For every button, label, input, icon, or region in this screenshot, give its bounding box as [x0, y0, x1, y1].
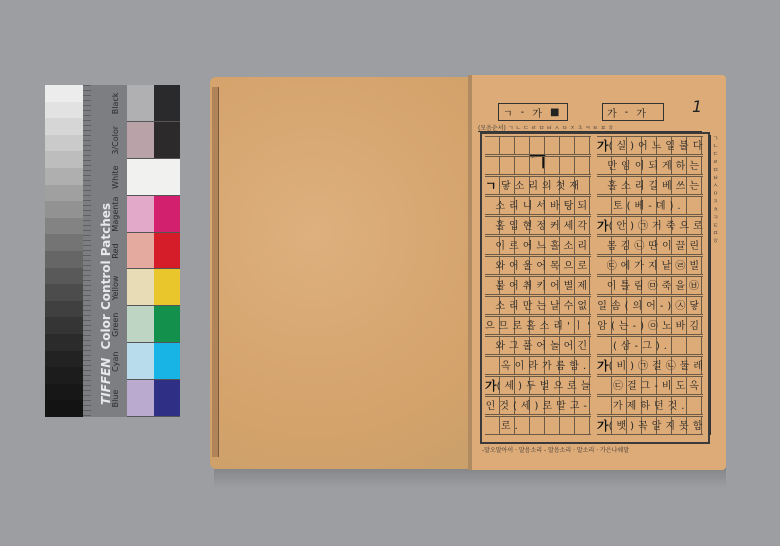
entry-mark: [597, 177, 607, 194]
patch-label: Green: [111, 306, 125, 343]
row-text: (실)어느일불다: [609, 137, 707, 154]
patch-label: 3/Color: [111, 122, 125, 159]
patch-blue-dark: [154, 380, 181, 417]
gray-step: [45, 268, 83, 285]
patch-label: Red: [111, 233, 125, 270]
ruler: TIFFEN Color Control Patches BlueCyanGre…: [83, 85, 127, 417]
text-row: 일솜(의어-)㉦닿: [597, 296, 703, 315]
patch-3color-dark: [154, 122, 181, 159]
text-row: [485, 136, 591, 155]
gray-step: [45, 367, 83, 384]
header-glyph: 가: [603, 105, 621, 120]
entry-mark: [485, 137, 501, 154]
row-text: 로.: [501, 417, 522, 434]
row-text: 으므로홀소리'ㅣ': [485, 317, 594, 334]
entry-mark: ㄱ: [485, 177, 501, 194]
row-text: 옥이라가름함.: [501, 357, 590, 374]
header-glyph: ㄱ: [499, 105, 517, 120]
text-row: 암(는-)㉧노바김: [597, 316, 703, 335]
page-number: 1: [692, 97, 702, 116]
entry-mark: 가: [597, 357, 609, 374]
header-right-box: 가-가: [602, 103, 664, 121]
text-row: 로.: [485, 416, 591, 435]
grayscale-strip: [45, 85, 83, 417]
gray-step: [45, 234, 83, 251]
text-row: 으므로홀소리'ㅣ': [485, 316, 591, 335]
row-text: 가제하던것.: [613, 397, 688, 414]
entry-mark: [485, 277, 495, 294]
entry-mark: [597, 197, 613, 214]
row-text: 소리니서바탕되: [495, 197, 591, 214]
row-text: ㉢에가지낱㉣빌: [607, 257, 703, 274]
column-right: 가(실)어느일불다만임이되게하는홀소리길베쓰는토(베-뎨).가(안)㉠거죽으로몸…: [597, 136, 703, 440]
header-left-box: ㄱ-가■: [498, 103, 568, 121]
gray-step: [45, 334, 83, 351]
patch-label: Blue: [111, 380, 125, 417]
open-book: ㄱ-가■ 가-가 1 (모음순서) ㄱ ㄴ ㄷ ㄹ ㅁ ㅂ ㅅ ㅇ ㅈ ㅊ ㅋ …: [210, 75, 726, 470]
gray-step: [45, 317, 83, 334]
row-text: (안)㉠거죽으로: [609, 217, 707, 234]
text-row: ㄱ닿소리의첫재: [485, 176, 591, 195]
text-row: ㉢에가지낱㉣빌: [597, 256, 703, 275]
text-row: 가(비)㉠걸㉡둘레: [597, 356, 703, 375]
header-glyph: ■: [546, 107, 563, 118]
row-text: 홀입현정커세각: [495, 217, 591, 234]
patch-red-dark: [154, 233, 181, 270]
right-page: ㄱ-가■ 가-가 1 (모음순서) ㄱ ㄴ ㄷ ㄹ ㅁ ㅂ ㅅ ㅇ ㅈ ㅊ ㅋ …: [472, 75, 726, 470]
gray-step: [45, 118, 83, 135]
row-text: (비)㉠걸㉡둘레: [609, 357, 707, 374]
patch-label: Black: [111, 85, 125, 122]
gray-step: [45, 168, 83, 185]
entry-mark: [597, 397, 613, 414]
row-text: (뱃)꼭알지못함: [609, 417, 707, 434]
text-row: 불어취키어별제: [485, 276, 591, 295]
cover-edge: [212, 87, 219, 457]
patch-label: White: [111, 159, 125, 196]
text-row: 와그풀어놀어긴: [485, 336, 591, 355]
entry-mark: [597, 237, 607, 254]
entry-mark: [485, 297, 495, 314]
gray-step: [45, 284, 83, 301]
text-row: 가제하던것.: [597, 396, 703, 415]
patch-label-row: BlueCyanGreenYellowRedMagentaWhite3/Colo…: [111, 85, 125, 417]
header-glyph: 가: [528, 105, 546, 120]
patch-cyan-light: [127, 343, 154, 380]
patch-green-dark: [154, 306, 181, 343]
color-patches: [127, 85, 180, 417]
patch-3color-light: [127, 122, 154, 159]
patch-black-light: [127, 85, 154, 122]
text-row: 가(뱃)꼭알지못함: [597, 416, 703, 435]
patch-magenta-light: [127, 196, 154, 233]
text-row: 홀소리길베쓰는: [597, 176, 703, 195]
gray-step: [45, 185, 83, 202]
entry-mark: [485, 357, 501, 374]
entry-mark: 가: [485, 377, 497, 394]
color-calibration-chart: TIFFEN Color Control Patches BlueCyanGre…: [45, 85, 180, 417]
text-row: [485, 156, 591, 175]
entry-mark: [597, 257, 607, 274]
entry-mark: [485, 337, 495, 354]
patch-label: Cyan: [111, 343, 125, 380]
patch-red-light: [127, 233, 154, 270]
text-frame: ㄱ ㄱ닿소리의첫재소리니서바탕되홀입현정커세각이르어느홀소리와어울어목으로불어취…: [480, 132, 710, 444]
text-row: 와어울어목으로: [485, 256, 591, 275]
entry-mark: 가: [597, 137, 609, 154]
entry-mark: [485, 157, 501, 174]
entry-mark: [597, 337, 613, 354]
text-row: 옥이라가름함.: [485, 356, 591, 375]
text-row: 몸김㉡딴이끌린: [597, 236, 703, 255]
patch-cyan-dark: [154, 343, 181, 380]
side-index: ㄱ ㄴ ㄷ ㄹ ㅁ ㅂ ㅅ ㅇ ㅈ ㅊ ㅋ ㅌ ㅍ ㅎ: [710, 135, 719, 435]
row-text: 불어취키어별제: [495, 277, 591, 294]
header-glyph: 가: [632, 105, 650, 120]
gray-step: [45, 384, 83, 401]
gray-step: [45, 218, 83, 235]
patch-yellow-light: [127, 269, 154, 306]
patch-label: Yellow: [111, 269, 125, 306]
row-text: 일솜(의어-)㉦닿: [597, 297, 703, 314]
entry-mark: 가: [597, 217, 609, 234]
gray-step: [45, 301, 83, 318]
entry-mark: [485, 257, 495, 274]
row-text: 닿소리의첫재: [501, 177, 583, 194]
text-row: 만임이되게하는: [597, 156, 703, 175]
text-row: 소리만는날수없: [485, 296, 591, 315]
left-page: [210, 77, 470, 469]
patch-black-dark: [154, 85, 181, 122]
row-text: 암(는-)㉧노바김: [597, 317, 703, 334]
gray-step: [45, 102, 83, 119]
text-row: 이르어느홀소리: [485, 236, 591, 255]
row-text: ㉢걸그-비도옥: [613, 377, 703, 394]
row-text: 몸김㉡딴이끌린: [607, 237, 703, 254]
row-text: 만임이되게하는: [607, 157, 703, 174]
row-text: 토(베-뎨).: [613, 197, 685, 214]
row-text: 이틀림㉤죽을㉥: [607, 277, 703, 294]
patch-white: [127, 159, 180, 196]
patch-blue-light: [127, 380, 154, 417]
row-text: (세)두벌으로늘: [497, 377, 595, 394]
entry-mark: [485, 217, 495, 234]
text-row: 가(세)두벌으로늘: [485, 376, 591, 395]
patch-label: Magenta: [111, 196, 125, 233]
gray-step: [45, 251, 83, 268]
header-glyph: -: [621, 107, 633, 118]
entry-mark: [485, 197, 495, 214]
header-glyph: -: [517, 107, 529, 118]
row-text: 이르어느홀소리: [495, 237, 591, 254]
text-row: 가(안)㉠거죽으로: [597, 216, 703, 235]
patch-green-light: [127, 306, 154, 343]
gray-step: [45, 151, 83, 168]
row-text: 인것(세)로말고-: [486, 397, 591, 414]
entry-mark: [597, 277, 607, 294]
entry-mark: [485, 417, 501, 434]
entry-mark: [485, 237, 495, 254]
row-text: 와그풀어놀어긴: [495, 337, 591, 354]
column-left: ㄱ ㄱ닿소리의첫재소리니서바탕되홀입현정커세각이르어느홀소리와어울어목으로불어취…: [485, 136, 591, 440]
row-text: 와어울어목으로: [495, 257, 591, 274]
index-line: (모음순서) ㄱ ㄴ ㄷ ㄹ ㅁ ㅂ ㅅ ㅇ ㅈ ㅊ ㅋ ㅌ ㅍ ㅎ: [478, 123, 702, 132]
entry-mark: [597, 377, 613, 394]
text-row: 인것(세)로말고-: [485, 396, 591, 415]
text-row: (삼-그).: [597, 336, 703, 355]
gray-step: [45, 135, 83, 152]
entry-mark: [597, 157, 607, 174]
patch-yellow-dark: [154, 269, 181, 306]
row-text: 홀소리길베쓰는: [607, 177, 703, 194]
gray-step: [45, 400, 83, 417]
page-footer: -말오말아이 · 말음소리 - 말음소리 · 말소리 · 가은나쉐말: [482, 445, 712, 454]
text-row: 토(베-뎨).: [597, 196, 703, 215]
gray-step: [45, 201, 83, 218]
text-row: 소리니서바탕되: [485, 196, 591, 215]
row-text: (삼-그).: [613, 337, 671, 354]
patch-magenta-dark: [154, 196, 181, 233]
text-row: 가(실)어느일불다: [597, 136, 703, 155]
text-row: 홀입현정커세각: [485, 216, 591, 235]
text-row: 이틀림㉤죽을㉥: [597, 276, 703, 295]
text-row: ㉢걸그-비도옥: [597, 376, 703, 395]
row-text: 소리만는날수없: [495, 297, 591, 314]
ruler-ticks: [83, 85, 91, 417]
gray-step: [45, 351, 83, 368]
entry-mark: 가: [597, 417, 609, 434]
gray-step: [45, 85, 83, 102]
